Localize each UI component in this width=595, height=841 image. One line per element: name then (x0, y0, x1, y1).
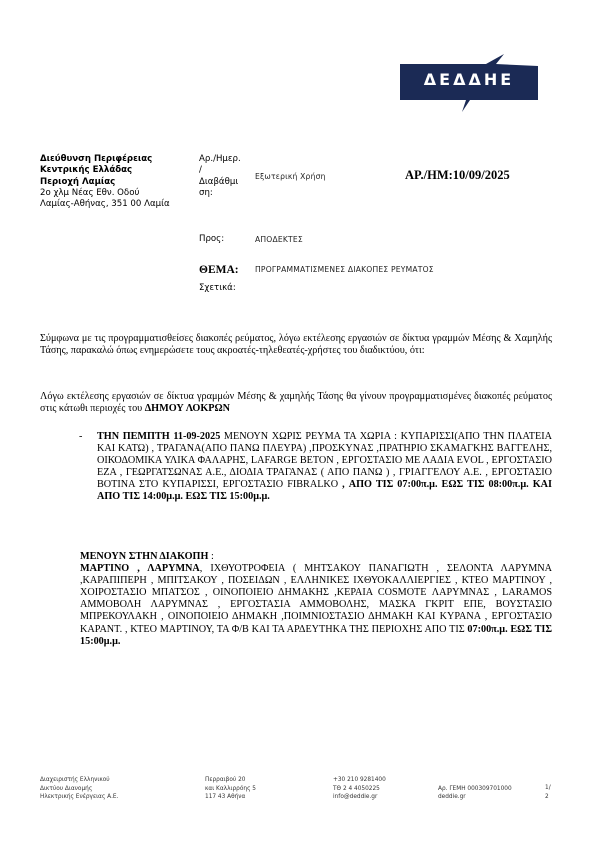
sender-block: Διεύθυνση Περιφέρειας Κεντρικής Ελλάδας … (40, 154, 170, 210)
deddie-logo: ΔΕΔΔΗΕ (400, 54, 538, 112)
outage-section-2: ΜΕΝΟΥΝ ΣΤΗΝ ΔΙΑΚΟΠΗ : ΜΑΡΤΙΝΟ , ΛΑΡΥΜΝΑ,… (80, 551, 552, 648)
footer-registry: Αρ. ΓΕΜΗ 000309701000 deddie.gr (438, 776, 512, 802)
classification-value: Εξωτερική Χρήση (255, 172, 326, 181)
page-number: 1/ 2 (545, 784, 551, 801)
sender-line-2: Κεντρικής Ελλάδας (40, 165, 170, 176)
ref-classification-label: Αρ./Ημερ. / Διαβάθμι ση: (199, 154, 241, 199)
sender-line-3: Περιοχή Λαμίας (40, 177, 170, 188)
footer-registry-blank (438, 776, 512, 785)
footer-gemi: Αρ. ΓΕΜΗ 000309701000 (438, 785, 512, 794)
page-number-total: 2 (545, 793, 551, 802)
to-label: Προς: (199, 234, 224, 245)
footer-company: Διαχειριστής Ελληνικού Δικτύου Διανομής … (40, 776, 118, 802)
footer-address: Περραιβού 20 και Καλλιρρόης 5 117 43 Αθή… (205, 776, 256, 802)
subject-label: ΘΕΜΑ: (199, 264, 239, 276)
section2-heading: ΜΕΝΟΥΝ ΣΤΗΝ ΔΙΑΚΟΠΗ (80, 551, 208, 562)
section2-colon: : (208, 551, 213, 562)
to-value: ΑΠΟΔΕΚΤΕΣ (255, 235, 303, 244)
announcement-text: Λόγω εκτέλεσης εργασιών σε δίκτυα γραμμώ… (40, 391, 552, 414)
logo-text: ΔΕΔΔΗΕ (400, 70, 538, 89)
outage-item-1: ΤΗΝ ΠΕΜΠΤΗ 11-09-2025 ΜΕΝΟΥΝ ΧΩΡΙΣ ΡΕΥΜΑ… (97, 431, 552, 504)
ref-number: ΑΡ./ΗΜ:10/09/2025 (405, 168, 510, 183)
ref-label-line-1: Αρ./Ημερ. (199, 154, 241, 165)
footer-po-box: ΤΘ 2 4 4050225 (333, 785, 386, 794)
ref-label-line-2: / (199, 165, 241, 176)
intro-paragraph: Σύμφωνα με τις προγραμματισθείσες διακοπ… (40, 333, 552, 357)
footer-company-line-1: Διαχειριστής Ελληνικού (40, 776, 118, 785)
footer-address-line-3: 117 43 Αθήνα (205, 793, 256, 802)
footer-company-line-3: Ηλεκτρικής Ενέργειας Α.Ε. (40, 793, 118, 802)
page-number-current: 1/ (545, 784, 551, 793)
footer-website[interactable]: deddie.gr (438, 793, 512, 802)
document-page: ΔΕΔΔΗΕ Διεύθυνση Περιφέρειας Κεντρικής Ε… (0, 0, 595, 841)
related-label: Σχετικά: (199, 283, 236, 294)
sender-line-4: 2ο χλμ Νέας Εθν. Οδού (40, 188, 170, 199)
ref-label-line-3: Διαβάθμι (199, 177, 241, 188)
bullet-dash: - (79, 431, 82, 442)
ref-label-line-4: ση: (199, 188, 241, 199)
subject-value: ΠΡΟΓΡΑΜΜΑΤΙΣΜΕΝΕΣ ΔΙΑΚΟΠΕΣ ΡΕΥΜΑΤΟΣ (255, 265, 434, 274)
footer-email[interactable]: info@deddie.gr (333, 793, 386, 802)
section2-areas-main: ΜΑΡΤΙΝΟ , ΛΑΡΥΜΝΑ (80, 563, 200, 574)
sender-line-1: Διεύθυνση Περιφέρειας (40, 154, 170, 165)
sender-line-5: Λαμίας-Αθήνας, 351 00 Λαμία (40, 199, 170, 210)
municipality-name: ΔΗΜΟΥ ΛΟΚΡΩΝ (145, 403, 230, 414)
footer-contact: +30 210 9281400 ΤΘ 2 4 4050225 info@dedd… (333, 776, 386, 802)
outage-date: ΤΗΝ ΠΕΜΠΤΗ 11-09-2025 (97, 431, 220, 442)
footer-company-line-2: Δικτύου Διανομής (40, 785, 118, 794)
footer-phone: +30 210 9281400 (333, 776, 386, 785)
announcement-paragraph: Λόγω εκτέλεσης εργασιών σε δίκτυα γραμμώ… (40, 391, 552, 415)
footer-address-line-1: Περραιβού 20 (205, 776, 256, 785)
footer-address-line-2: και Καλλιρρόης 5 (205, 785, 256, 794)
